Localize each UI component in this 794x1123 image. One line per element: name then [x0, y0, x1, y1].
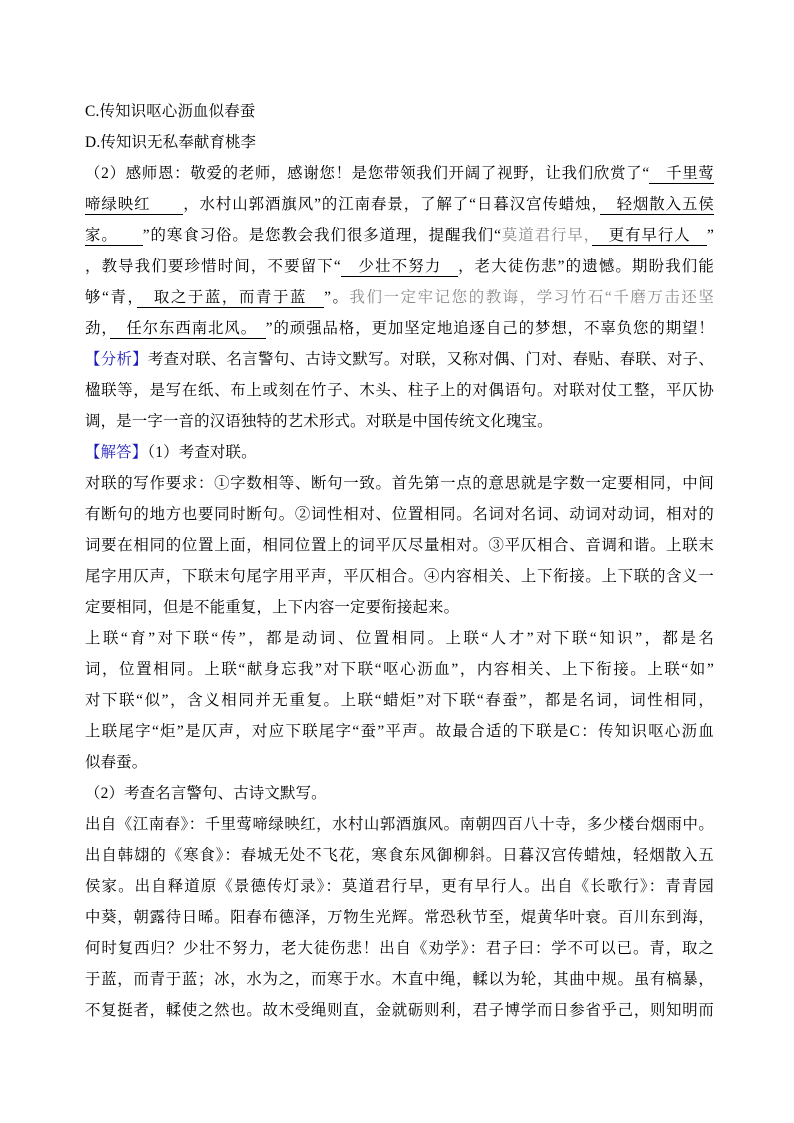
text-line: 中葵，朝露待日晞。阳春布德泽，万物生光辉。常恐秋节至，焜黄华叶衰。百川东到海，	[85, 902, 714, 933]
text-run: ，水村山郭酒旗风”的江南春景，了解了“日暮汉宫传蜡烛，	[183, 196, 600, 213]
text-run: 尾字用仄声，下联末句尾字用平声，平仄相合。④内容相关、上下衔接。上下联的含义一	[85, 568, 714, 585]
text-line: 尾字用仄声，下联末句尾字用平声，平仄相合。④内容相关、上下衔接。上下联的含义一	[85, 561, 714, 592]
text-run: 出自《江南春》：千里莺啼绿映红，水村山郭酒旗风。南朝四百八十寺，多少楼台烟雨中。	[85, 816, 714, 833]
text-run: 定要相同，但是不能重复，上下内容一定要衔接起来。	[85, 599, 459, 616]
quoted-proverb: 我们一定牢记您的教诲，学习竹石“千磨万击还坚	[350, 289, 714, 306]
text-run: 于蓝，而青于蓝；冰，水为之，而寒于水。木直中绳，輮以为轮，其曲中规。虽有槁暴，	[85, 971, 714, 988]
text-line: 对下联“似”，含义相同并无重复。上联“蜡炬”对下联“春蚕”，都是名词，词性相同，	[85, 685, 714, 716]
text-run: ”	[707, 227, 714, 244]
text-run: 似春蚕。	[85, 754, 147, 771]
blank-answer-underlined: 少壮不努力	[341, 258, 458, 277]
blank-answer-underlined: 家。	[85, 227, 143, 246]
text-run: 劲，	[85, 320, 110, 337]
text-line: 上联“育”对下联“传”，都是动词、位置相同。上联“人才”对下联“知识”，都是名	[85, 623, 714, 654]
text-run: 出自韩翃的《寒食》：春城无处不飞花，寒食东风御柳斜。日暮汉宫传蜡烛，轻烟散入五	[85, 847, 714, 864]
text-line: C.传知识呕心沥血似春蚕	[85, 96, 714, 127]
text-run: 上联尾字“炬”是仄声，对应下联尾字“蚕”平声。故最合适的下联是C：传知识呕心沥血	[85, 723, 714, 740]
blank-answer-underlined: 更有早行人	[592, 227, 707, 246]
text-line: 有断句的地方也要同时断句。②词性相对、位置相同。名词对名词、动词对动词，相对的	[85, 499, 714, 530]
text-line: 上联尾字“炬”是仄声，对应下联尾字“蚕”平声。故最合适的下联是C：传知识呕心沥血	[85, 716, 714, 747]
text-run: ”。	[324, 289, 349, 306]
blank-answer-underlined: 千里莺	[649, 165, 714, 184]
text-line: 够“青， 取之于蓝，而青于蓝 ”。我们一定牢记您的教诲，学习竹石“千磨万击还坚	[85, 282, 714, 313]
text-run: （1）考查对联。	[147, 444, 256, 461]
text-run: 对联的写作要求：①字数相等、断句一致。首先第一点的意思就是字数一定要相同，中间	[85, 475, 714, 492]
text-line: 【解答】（1）考查对联。	[85, 437, 714, 468]
text-run: ，老大徒伤悲”的遗憾。期盼我们能	[458, 258, 714, 275]
text-run: C.传知识呕心沥血似春蚕	[85, 103, 255, 120]
text-line: 定要相同，但是不能重复，上下内容一定要衔接起来。	[85, 592, 714, 623]
section-label: 【解答】	[85, 444, 147, 461]
text-line: （2）考查名言警句、古诗文默写。	[85, 778, 714, 809]
text-line: 【分析】考查对联、名言警句、古诗文默写。对联，又称对偶、门对、春贴、春联、对子、	[85, 344, 714, 375]
text-line: （2）感师恩：敬爱的老师，感谢您！是您带领我们开阔了视野，让我们欣赏了“ 千里莺	[85, 158, 714, 189]
text-run: 考查对联、名言警句、古诗文默写。对联，又称对偶、门对、春贴、春联、对子、	[148, 351, 714, 368]
text-run: 中葵，朝露待日晞。阳春布德泽，万物生光辉。常恐秋节至，焜黄华叶衰。百川东到海，	[85, 909, 714, 926]
text-run: 词，位置相同。上联“献身忘我”对下联“呕心沥血”，内容相关、上下衔接。上联“如”	[85, 661, 714, 678]
quoted-proverb: 莫道君行早，	[501, 227, 592, 244]
text-line: 似春蚕。	[85, 747, 714, 778]
text-run: 楹联等，是写在纸、布上或刻在竹子、木头、柱子上的对偶语句。对联对仗工整，平仄协	[85, 382, 714, 399]
text-run: 上联“育”对下联“传”，都是动词、位置相同。上联“人才”对下联“知识”，都是名	[85, 630, 714, 647]
text-run: 何时复西归？少壮不努力，老大徒伤悲！出自《劝学》：君子曰：学不可以已。青，取之	[85, 940, 714, 957]
blank-answer-underlined: 轻烟散入五侯	[600, 196, 714, 215]
text-run: 够“青，	[85, 289, 137, 306]
text-line: 家。 ”的寒食习俗。是您教会我们很多道理，提醒我们“莫道君行早， 更有早行人 ”	[85, 220, 714, 251]
text-line: 于蓝，而青于蓝；冰，水为之，而寒于水。木直中绳，輮以为轮，其曲中规。虽有槁暴，	[85, 964, 714, 995]
text-line: 何时复西归？少壮不努力，老大徒伤悲！出自《劝学》：君子曰：学不可以已。青，取之	[85, 933, 714, 964]
text-line: ，教导我们要珍惜时间，不要留下“ 少壮不努力 ，老大徒伤悲”的遗憾。期盼我们能	[85, 251, 714, 282]
text-line: 词，位置相同。上联“献身忘我”对下联“呕心沥血”，内容相关、上下衔接。上联“如”	[85, 654, 714, 685]
text-run: ”的顽强品格，更加坚定地追逐自己的梦想，不辜负您的期望！	[266, 320, 714, 337]
text-line: 出自韩翃的《寒食》：春城无处不飞花，寒食东风御柳斜。日暮汉宫传蜡烛，轻烟散入五	[85, 840, 714, 871]
blank-answer-underlined: 任尔东西南北风。	[110, 320, 266, 339]
blank-answer-underlined: 啼绿映红	[85, 196, 183, 215]
text-run: （2）考查名言警句、古诗文默写。	[85, 785, 327, 802]
text-run: 有断句的地方也要同时断句。②词性相对、位置相同。名词对名词、动词对动词，相对的	[85, 506, 714, 523]
text-run: 调，是一字一音的汉语独特的艺术形式。对联是中国传统文化瑰宝。	[85, 413, 553, 430]
text-run: （2）感师恩：敬爱的老师，感谢您！是您带领我们开阔了视野，让我们欣赏了“	[85, 165, 649, 182]
text-line: 楹联等，是写在纸、布上或刻在竹子、木头、柱子上的对偶语句。对联对仗工整，平仄协	[85, 375, 714, 406]
text-line: 出自《江南春》：千里莺啼绿映红，水村山郭酒旗风。南朝四百八十寺，多少楼台烟雨中。	[85, 809, 714, 840]
text-run: 对下联“似”，含义相同并无重复。上联“蜡炬”对下联“春蚕”，都是名词，词性相同，	[85, 692, 714, 709]
document-body: C.传知识呕心沥血似春蚕D.传知识无私奉献育桃李（2）感师恩：敬爱的老师，感谢您…	[85, 96, 714, 1026]
text-line: 对联的写作要求：①字数相等、断句一致。首先第一点的意思就是字数一定要相同，中间	[85, 468, 714, 499]
text-line: 劲， 任尔东西南北风。 ”的顽强品格，更加坚定地追逐自己的梦想，不辜负您的期望！	[85, 313, 714, 344]
text-run: ”的寒食习俗。是您教会我们很多道理，提醒我们“	[143, 227, 501, 244]
section-label: 【分析】	[85, 351, 148, 368]
text-line: D.传知识无私奉献育桃李	[85, 127, 714, 158]
text-run: 不复挺者，輮使之然也。故木受绳则直，金就砺则利，君子博学而日参省乎己，则知明而	[85, 1002, 714, 1019]
document-page: C.传知识呕心沥血似春蚕D.传知识无私奉献育桃李（2）感师恩：敬爱的老师，感谢您…	[0, 0, 794, 1123]
blank-answer-underlined: 取之于蓝，而青于蓝	[137, 289, 324, 308]
text-line: 调，是一字一音的汉语独特的艺术形式。对联是中国传统文化瑰宝。	[85, 406, 714, 437]
text-run: D.传知识无私奉献育桃李	[85, 134, 256, 151]
text-line: 啼绿映红 ，水村山郭酒旗风”的江南春景，了解了“日暮汉宫传蜡烛， 轻烟散入五侯	[85, 189, 714, 220]
text-run: ，教导我们要珍惜时间，不要留下“	[85, 258, 341, 275]
text-run: 词要在相同的位置上面，相同位置上的词平仄尽量相对。③平仄相合、音调和谐。上联末	[85, 537, 714, 554]
text-line: 不复挺者，輮使之然也。故木受绳则直，金就砺则利，君子博学而日参省乎己，则知明而	[85, 995, 714, 1026]
text-line: 词要在相同的位置上面，相同位置上的词平仄尽量相对。③平仄相合、音调和谐。上联末	[85, 530, 714, 561]
text-line: 侯家。出自释道原《景德传灯录》：莫道君行早，更有早行人。出自《长歌行》：青青园	[85, 871, 714, 902]
text-run: 侯家。出自释道原《景德传灯录》：莫道君行早，更有早行人。出自《长歌行》：青青园	[85, 878, 714, 895]
